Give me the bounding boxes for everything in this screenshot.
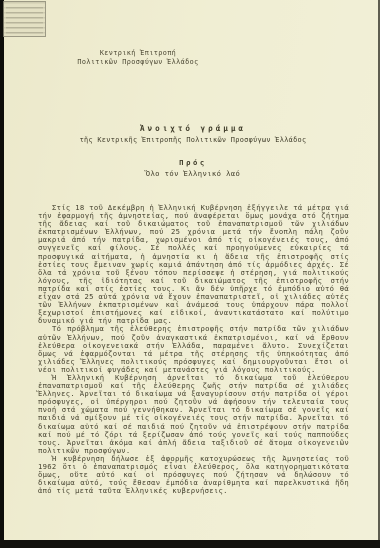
letterhead-line1: Κεντρική Ἐπιτροπή	[58, 49, 218, 58]
scan-edge-bottom	[0, 540, 380, 548]
paragraph-3: Ἡ Ἑλληνική Κυβέρνηση ἀρνεῖται τό δικαίωμ…	[38, 374, 349, 455]
letterhead-line2: Πολιτικῶν Προσφύγων Ἑλλάδος	[58, 58, 218, 67]
document-subtitle: τῆς Κεντρικῆς Ἐπιτροπῆς Πολιτικῶν Προσφύ…	[28, 136, 358, 144]
paragraph-1: Στίς 18 τοῦ Δεκέμβρη ἡ Ἑλληνική Κυβέρνησ…	[38, 204, 349, 325]
paragraph-4: Ἡ κυβέρνηση δήλωσε ἐξ ἀφορμῆς κατοχυρώσε…	[38, 455, 349, 495]
letter-body: Στίς 18 τοῦ Δεκέμβρη ἡ Ἑλληνική Κυβέρνησ…	[38, 204, 349, 495]
archive-stamp-icon	[3, 1, 46, 37]
addressee-label: Πρός	[28, 158, 358, 167]
document-title: Ἀνοιχτό γράμμα	[28, 124, 358, 133]
addressee: Ὅλο τόν Ἑλληνικό λαό	[28, 169, 358, 178]
scanned-page: Κεντρική Ἐπιτροπή Πολιτικῶν Προσφύγων Ἑλ…	[0, 0, 380, 548]
paragraph-2: Τό πρόβλημα τῆς ἐλεύθερης ἐπιστροφῆς στή…	[38, 325, 349, 374]
letterhead: Κεντρική Ἐπιτροπή Πολιτικῶν Προσφύγων Ἑλ…	[58, 49, 218, 66]
title-block: Ἀνοιχτό γράμμα τῆς Κεντρικῆς Ἐπιτροπῆς Π…	[28, 124, 358, 178]
scan-edge-left	[0, 0, 4, 548]
